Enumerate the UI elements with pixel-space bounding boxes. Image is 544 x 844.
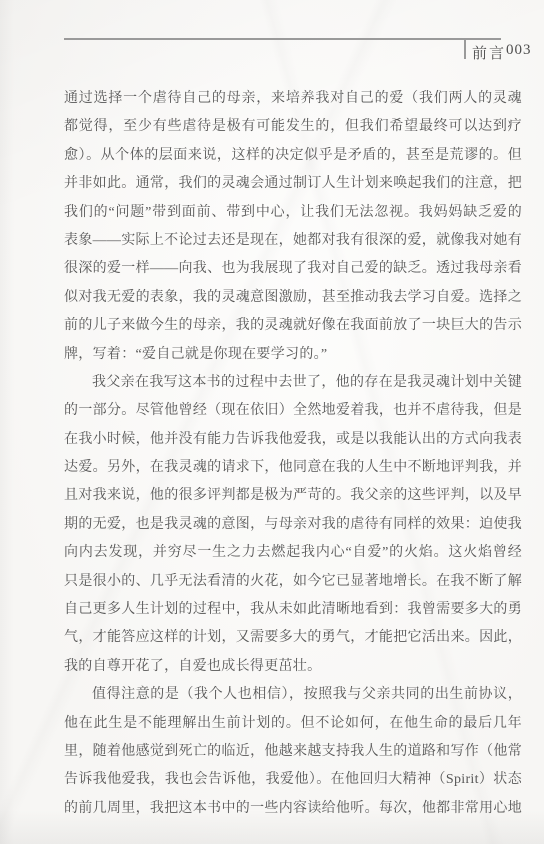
text-line: 的一部分。尽管他曾经（现在依旧）全然地爱着我，也并不虐待我，但是: [64, 397, 522, 425]
page: { "header": { "section_label": "前言", "pa…: [0, 0, 544, 844]
header-page-number: 003: [506, 42, 532, 59]
text-line: 的前几周里，我把这本书中的一些内容读给他听。每次，他都非常用心地: [64, 795, 522, 823]
text-line: 表象——实际上不论过去还是现在，她都对我有很深的爱，就像我对她有: [64, 227, 522, 255]
paragraph: 值得注意的是（我个人也相信），按照我与父亲共同的出生前协议，他在此生是不能理解出…: [64, 681, 522, 823]
text-line: 前的儿子来做今生的母亲，我的灵魂就好像在我面前放了一块巨大的告示: [64, 312, 522, 340]
text-line: 只是很小的、几乎无法看清的火花，如今它已显著地增长。在我不断了解: [64, 568, 522, 596]
paragraph: 通过选择一个虐待自己的母亲，来培养我对自己的爱（我们两人的灵魂都觉得，至少有些虐…: [64, 85, 522, 369]
text-line: 在我小时候，他并没有能力告诉我他爱我，或是以我能认出的方式向我表: [64, 426, 522, 454]
text-line: 向内去发现，并穷尽一生之力去燃起我内心“自爱”的火焰。这火焰曾经: [64, 539, 522, 567]
header-tick: [464, 38, 466, 59]
body-text: 通过选择一个虐待自己的母亲，来培养我对自己的爱（我们两人的灵魂都觉得，至少有些虐…: [64, 85, 522, 823]
header-section-label: 前言: [472, 42, 506, 63]
text-line: 很深的爱一样——向我、也为我展现了我对自己爱的缺乏。透过我母亲看: [64, 255, 522, 283]
text-line: 达爱。另外，在我灵魂的请求下，他同意在我的人生中不断地评判我，并: [64, 454, 522, 482]
text-line: 告诉我他爱我，我也会告诉他，我爱他）。在他回归大精神（Spirit）状态: [64, 766, 522, 794]
text-line: 里，随着他感觉到死亡的临近，他越来越支持我人生的道路和写作（他常: [64, 738, 522, 766]
text-line: 期的无爱，也是我灵魂的意图，与母亲对我的虐待有同样的效果：迫使我: [64, 511, 522, 539]
text-line: 我父亲在我写这本书的过程中去世了，他的存在是我灵魂计划中关键: [64, 369, 522, 397]
text-line: 我的自尊开花了，自爱也成长得更茁壮。: [64, 653, 522, 681]
text-line: 我们的“问题”带到面前、带到中心，让我们无法忽视。我妈妈缺乏爱的: [64, 199, 522, 227]
header-rule: [64, 38, 501, 40]
text-line: 通过选择一个虐待自己的母亲，来培养我对自己的爱（我们两人的灵魂: [64, 85, 522, 113]
text-line: 都觉得，至少有些虐待是极有可能发生的，但我们希望最终可以达到疗: [64, 113, 522, 141]
text-line: 牌，写着：“爱自己就是你现在要学习的。”: [64, 341, 522, 369]
text-line: 且对我来说，他的很多评判都是极为严苛的。我父亲的这些评判，以及早: [64, 482, 522, 510]
text-line: 他在此生是不能理解出生前计划的。但不论如何，在他生命的最后几年: [64, 710, 522, 738]
text-line: 并非如此。通常，我们的灵魂会通过制订人生计划来唤起我们的注意，把: [64, 170, 522, 198]
text-line: 自己更多人生计划的过程中，我从未如此清晰地看到：我曾需要多大的勇: [64, 596, 522, 624]
text-line: 气，才能答应这样的计划，又需要多大的勇气，才能把它活出来。因此，: [64, 624, 522, 652]
scan-shade-left: [0, 0, 14, 844]
text-line: 值得注意的是（我个人也相信），按照我与父亲共同的出生前协议，: [64, 681, 522, 709]
paragraph: 我父亲在我写这本书的过程中去世了，他的存在是我灵魂计划中关键的一部分。尽管他曾经…: [64, 369, 522, 681]
text-line: 似对我无爱的表象，我的灵魂意图激励，甚至推动我去学习自爱。选择之: [64, 284, 522, 312]
text-line: 愈）。从个体的层面来说，这样的决定似乎是矛盾的，甚至是荒谬的。但: [64, 142, 522, 170]
